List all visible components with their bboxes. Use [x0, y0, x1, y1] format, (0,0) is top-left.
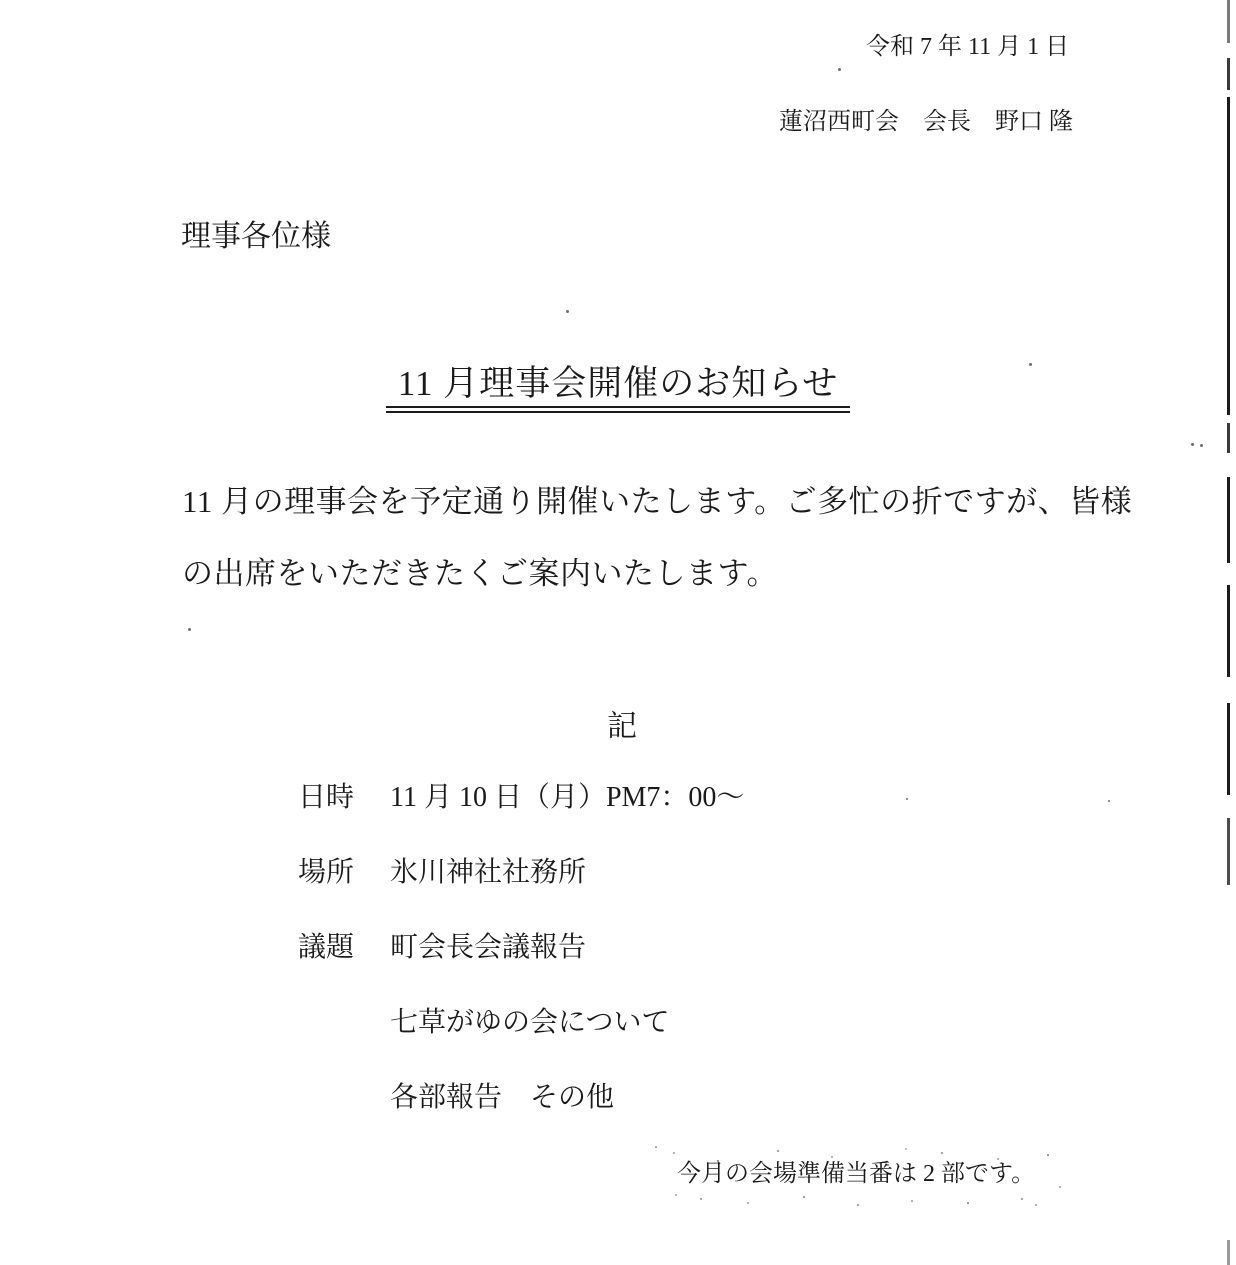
- scan-noise-cluster: [655, 1146, 657, 1148]
- detail-value: 七草がゆの会について: [390, 1009, 669, 1037]
- detail-label: 場所: [298, 859, 390, 887]
- doc-title-text: 11 月理事会開催のお知らせ: [386, 366, 850, 413]
- detail-value: 11 月 10 日（月）PM7：00～: [390, 784, 744, 812]
- body-line-2: の出席をいただきたくご案内いたします。: [182, 558, 778, 589]
- scan-speck: [1029, 363, 1032, 366]
- scan-artifact-line: [1227, 703, 1230, 795]
- scan-artifact-line: [1227, 477, 1230, 563]
- detail-label: 日時: [298, 784, 390, 812]
- scanned-notice-page: 令和 7 年 11 月 1 日 蓮沼西町会 会長 野口 隆 理事各位様 11 月…: [0, 0, 1236, 1265]
- scan-artifact-line: [1227, 97, 1230, 415]
- doc-title: 11 月理事会開催のお知らせ: [0, 366, 1236, 413]
- detail-label: [298, 1084, 390, 1112]
- detail-value: 氷川神社社務所: [390, 859, 586, 887]
- recipient-line: 理事各位様: [181, 222, 331, 252]
- scan-speck: [566, 310, 569, 313]
- scan-speck: [1200, 444, 1203, 447]
- record-marker: 記: [607, 712, 637, 742]
- detail-value: 各部報告 その他: [390, 1084, 614, 1112]
- scan-speck: [1191, 443, 1194, 446]
- body-line-1: 11 月の理事会を予定通り開催いたします。ご多忙の折ですが、皆様: [182, 486, 1132, 517]
- scan-artifact-line: [1227, 423, 1230, 453]
- detail-label: [298, 1009, 390, 1037]
- scan-speck: [188, 628, 191, 631]
- detail-row-agenda-2: 七草がゆの会について: [298, 1009, 744, 1037]
- detail-row-agenda-3: 各部報告 その他: [298, 1084, 744, 1112]
- footnote: 今月の会場準備当番は 2 部です。: [677, 1162, 1035, 1186]
- scan-speck: [1108, 800, 1110, 802]
- scan-artifact-line: [1227, 585, 1230, 677]
- detail-row-place: 場所 氷川神社社務所: [298, 859, 744, 887]
- scan-speck: [906, 798, 908, 800]
- detail-row-datetime: 日時 11 月 10 日（月）PM7：00～: [298, 784, 744, 812]
- sender-line: 蓮沼西町会 会長 野口 隆: [779, 110, 1073, 134]
- scan-artifact-line: [1227, 1240, 1230, 1265]
- detail-value: 町会長会議報告: [390, 934, 586, 962]
- scan-artifact-line: [1227, 58, 1230, 90]
- meeting-details: 日時 11 月 10 日（月）PM7：00～ 場所 氷川神社社務所 議題 町会長…: [298, 784, 744, 1159]
- scan-artifact-line: [1227, 818, 1230, 885]
- scan-artifact-line: [1227, 0, 1230, 43]
- detail-row-agenda: 議題 町会長会議報告: [298, 934, 744, 962]
- issue-date: 令和 7 年 11 月 1 日: [866, 35, 1069, 59]
- scan-speck: [838, 68, 841, 71]
- detail-label: 議題: [298, 934, 390, 962]
